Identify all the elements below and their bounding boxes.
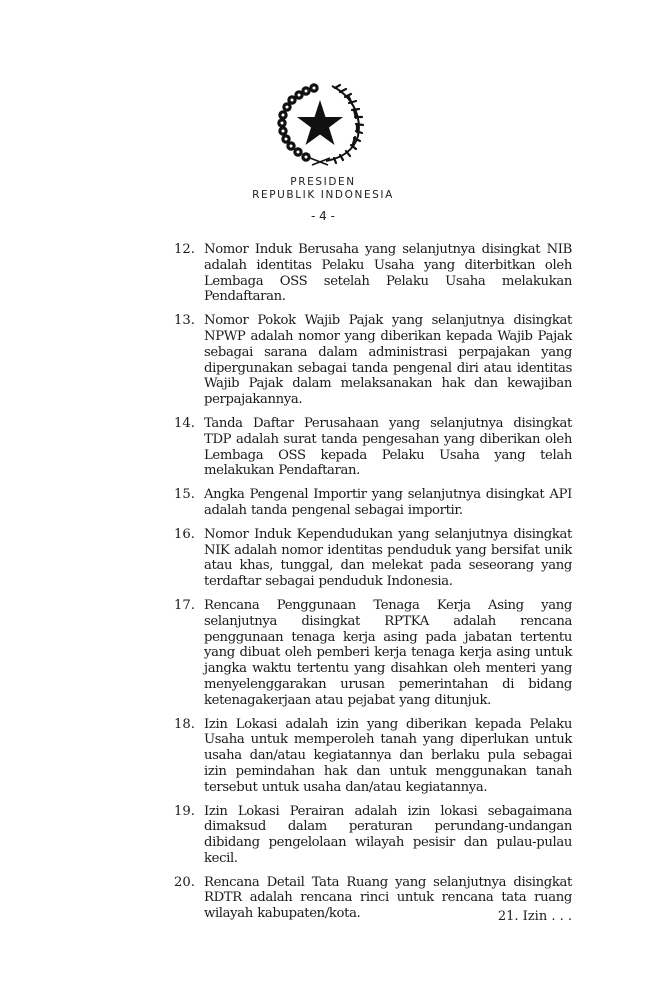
list-item: 17. Rencana Penggunaan Tenaga Kerja Asin… bbox=[174, 598, 572, 709]
item-number: 19. bbox=[174, 804, 204, 867]
page-number: - 4 - bbox=[0, 209, 646, 223]
item-number: 13. bbox=[174, 313, 204, 408]
item-text: Tanda Daftar Perusahaan yang selanjutnya… bbox=[204, 416, 572, 479]
list-item: 12. Nomor Induk Berusaha yang selanjutny… bbox=[174, 242, 572, 305]
list-item: 13. Nomor Pokok Wajib Pajak yang selanju… bbox=[174, 313, 572, 408]
item-text: Nomor Pokok Wajib Pajak yang selanjutnya… bbox=[204, 313, 572, 408]
item-number: 12. bbox=[174, 242, 204, 305]
item-number: 16. bbox=[174, 527, 204, 590]
presidential-star-emblem-icon bbox=[274, 82, 366, 166]
item-number: 14. bbox=[174, 416, 204, 479]
item-text: Izin Lokasi Perairan adalah izin lokasi … bbox=[204, 804, 572, 867]
item-number: 20. bbox=[174, 875, 204, 922]
list-item: 15. Angka Pengenal Importir yang selanju… bbox=[174, 487, 572, 519]
item-text: Rencana Penggunaan Tenaga Kerja Asing ya… bbox=[204, 598, 572, 709]
item-text: Angka Pengenal Importir yang selanjutnya… bbox=[204, 487, 572, 519]
item-number: 17. bbox=[174, 598, 204, 709]
item-number: 18. bbox=[174, 717, 204, 796]
definition-list: 12. Nomor Induk Berusaha yang selanjutny… bbox=[174, 242, 572, 930]
list-item: 19. Izin Lokasi Perairan adalah izin lok… bbox=[174, 804, 572, 867]
header-title-republik: REPUBLIK INDONESIA bbox=[0, 189, 646, 201]
item-text: Nomor Induk Kependudukan yang selanjutny… bbox=[204, 527, 572, 590]
list-item: 16. Nomor Induk Kependudukan yang selanj… bbox=[174, 527, 572, 590]
item-text: Izin Lokasi adalah izin yang diberikan k… bbox=[204, 717, 572, 796]
next-page-continuation: 21. Izin . . . bbox=[498, 909, 572, 924]
item-text: Nomor Induk Berusaha yang selanjutnya di… bbox=[204, 242, 572, 305]
item-number: 15. bbox=[174, 487, 204, 519]
list-item: 14. Tanda Daftar Perusahaan yang selanju… bbox=[174, 416, 572, 479]
document-page: PRESIDEN REPUBLIK INDONESIA - 4 - 12. No… bbox=[0, 0, 646, 1000]
header-title-presiden: PRESIDEN bbox=[0, 176, 646, 188]
list-item: 18. Izin Lokasi adalah izin yang diberik… bbox=[174, 717, 572, 796]
